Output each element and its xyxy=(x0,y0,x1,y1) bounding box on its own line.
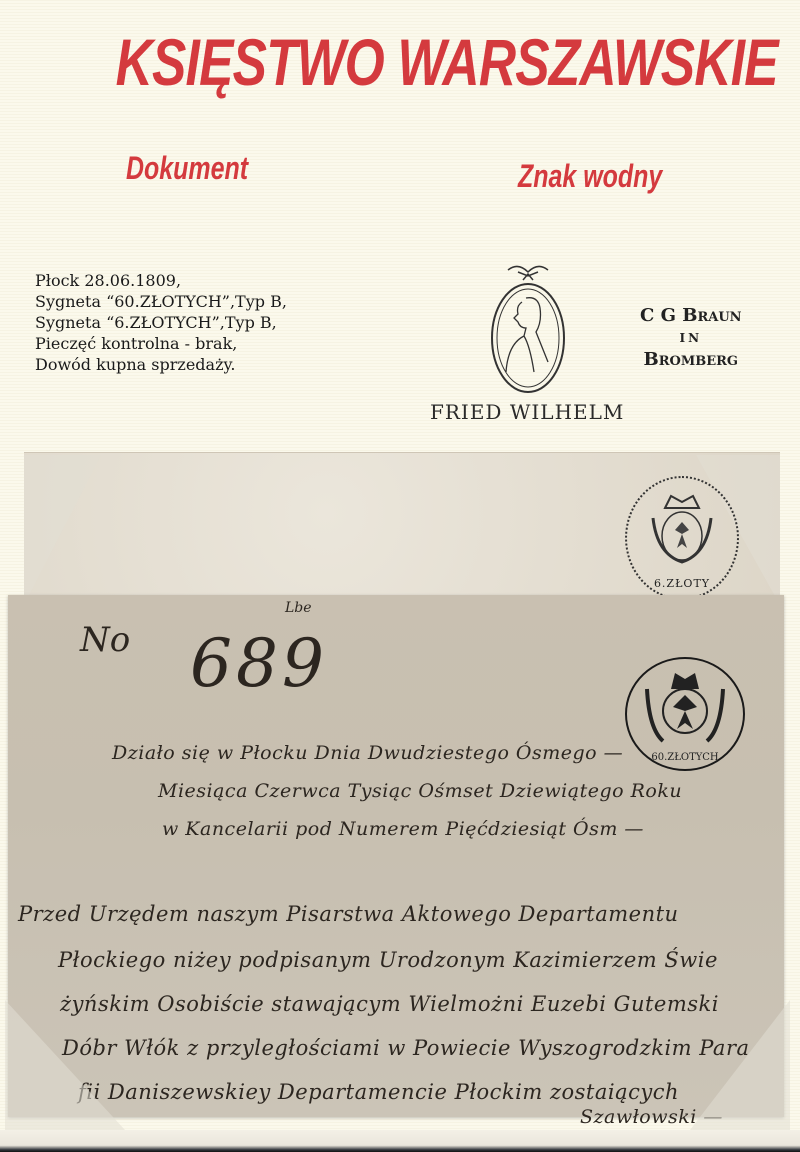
maker-in: IN xyxy=(640,327,742,349)
handwriting-line: w Kancelarii pod Numerem Pięćdziesiąt Ós… xyxy=(162,818,644,840)
revenue-stamp-60-zlotych: 60.ZŁOTYCH xyxy=(625,657,745,771)
stamp-label: 60.ZŁOTYCH xyxy=(627,752,743,763)
handwriting-line: Przed Urzędem naszym Pisarstwa Aktowego … xyxy=(18,902,679,926)
handwriting-line: Płockiego niżey podpisanym Urodzonym Kaz… xyxy=(58,948,718,972)
watermark-portrait-icon xyxy=(478,262,578,402)
stamp-label: 6.ZŁOTY xyxy=(627,577,737,590)
album-page: KSIĘSTWO WARSZAWSKIE Dokument Znak wodny… xyxy=(0,0,800,1152)
description-line: Płock 28.06.1809, xyxy=(35,270,287,291)
maker-city: Bromberg xyxy=(640,349,742,371)
description-block: Płock 28.06.1809, Sygneta “60.ZŁOTYCH”,T… xyxy=(35,270,287,375)
handwriting-line: żyńskim Osobiście stawającym Wielmożni E… xyxy=(60,992,719,1016)
document-number: 689 xyxy=(190,625,328,702)
maker-name: C G Braun xyxy=(640,305,742,327)
handwriting-line: Działo się w Płocku Dnia Dwudziestego Ós… xyxy=(112,742,623,764)
description-line: Sygneta “60.ZŁOTYCH”,Typ B, xyxy=(35,291,287,312)
handwriting-line: Miesiąca Czerwca Tysiąc Ośmset Dziewiąte… xyxy=(158,780,682,802)
document-annotation: Lbe xyxy=(285,600,312,616)
description-line: Sygneta “6.ZŁOTYCH”,Typ B, xyxy=(35,312,287,333)
handwriting-line: Dóbr Włók z przyległościami w Powiecie W… xyxy=(62,1036,750,1060)
handwriting-line: fii Daniszewskiey Departamencie Płockim … xyxy=(78,1080,679,1104)
watermark-maker: C G Braun IN Bromberg xyxy=(640,305,742,371)
page-title: KSIĘSTWO WARSZAWSKIE xyxy=(116,24,709,100)
subtitle-watermark: Znak wodny xyxy=(518,158,662,195)
subtitle-document: Dokument xyxy=(126,150,248,187)
scan-edge xyxy=(0,1130,800,1152)
description-line: Pieczęć kontrolna - brak, xyxy=(35,333,287,354)
document-number-prefix: No xyxy=(80,620,130,660)
watermark-caption: FRIED WILHELM xyxy=(430,400,624,424)
description-line: Dowód kupna sprzedaży. xyxy=(35,354,287,375)
revenue-stamp-6-zloty: 6.ZŁOTY xyxy=(625,476,739,600)
